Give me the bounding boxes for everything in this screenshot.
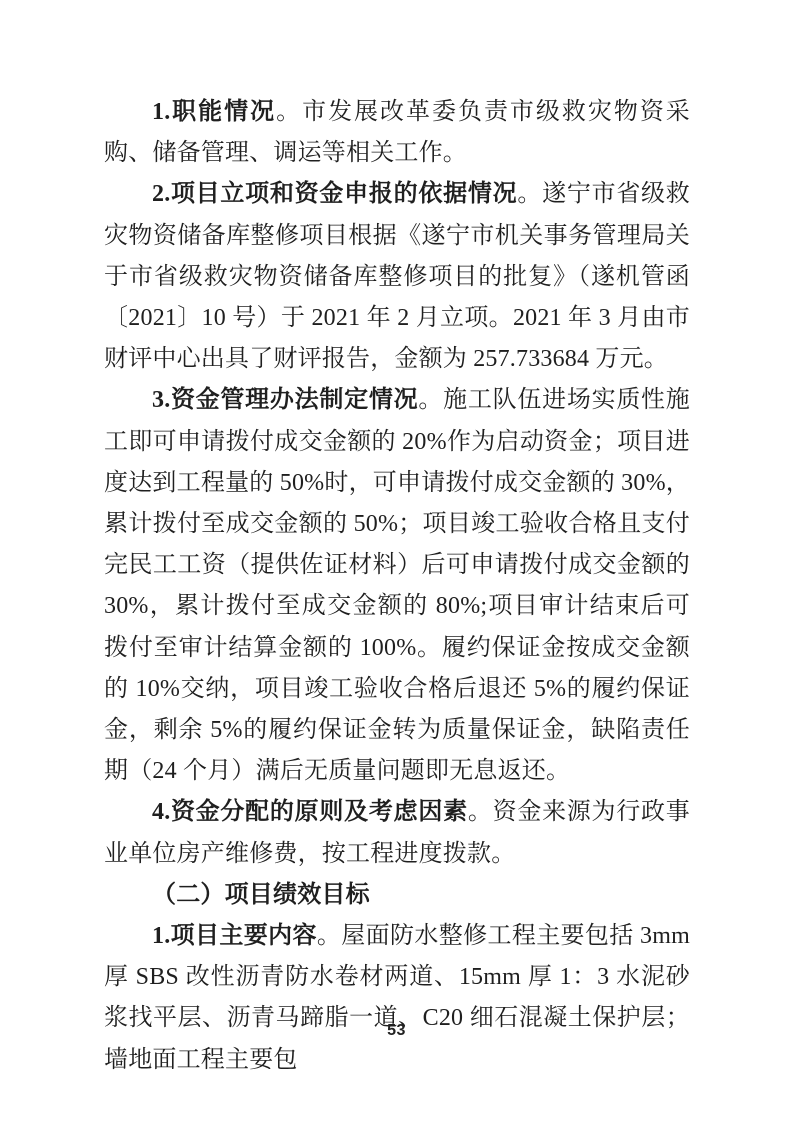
text-segment: 。遂宁市省级救灾物资储备库整修项目根据《遂宁市机关事务管理局关于市省级救灾物资储… [104, 181, 690, 372]
text-segment: 。施工队伍进场实质性施工即可申请拨付成交金额的 20%作为启动资金；项目进度达到… [104, 387, 690, 784]
para-5-main-content: 1.项目主要内容。屋面防水整修工程主要包括 3mm 厚 SBS 改性沥青防水卷材… [104, 916, 690, 1081]
heading-performance-targets: （二）项目绩效目标 [104, 875, 690, 916]
para-1-functions: 1.职能情况。市发展改革委负责市级救灾物资采购、储备管理、调运等相关工作。 [104, 92, 690, 174]
text-segment: 1.项目主要内容 [152, 923, 317, 949]
text-segment: 1.职能情况 [152, 99, 276, 125]
text-segment: 3.资金管理办法制定情况 [152, 387, 418, 413]
page-footer: 53 [0, 1022, 793, 1040]
text-segment: 4.资金分配的原则及考虑因素 [152, 799, 468, 825]
para-2-project-approval: 2.项目立项和资金申报的依据情况。遂宁市省级救灾物资储备库整修项目根据《遂宁市机… [104, 174, 690, 380]
document-page: 1.职能情况。市发展改革委负责市级救灾物资采购、储备管理、调运等相关工作。2.项… [0, 0, 793, 1122]
text-segment: （二）项目绩效目标 [152, 882, 370, 908]
para-4-fund-allocation: 4.资金分配的原则及考虑因素。资金来源为行政事业单位房产维修费，按工程进度拨款。 [104, 792, 690, 874]
page-number: 53 [387, 1022, 406, 1040]
document-body: 1.职能情况。市发展改革委负责市级救灾物资采购、储备管理、调运等相关工作。2.项… [104, 92, 690, 1081]
para-3-fund-management: 3.资金管理办法制定情况。施工队伍进场实质性施工即可申请拨付成交金额的 20%作… [104, 380, 690, 792]
text-segment: 2.项目立项和资金申报的依据情况 [152, 181, 517, 207]
